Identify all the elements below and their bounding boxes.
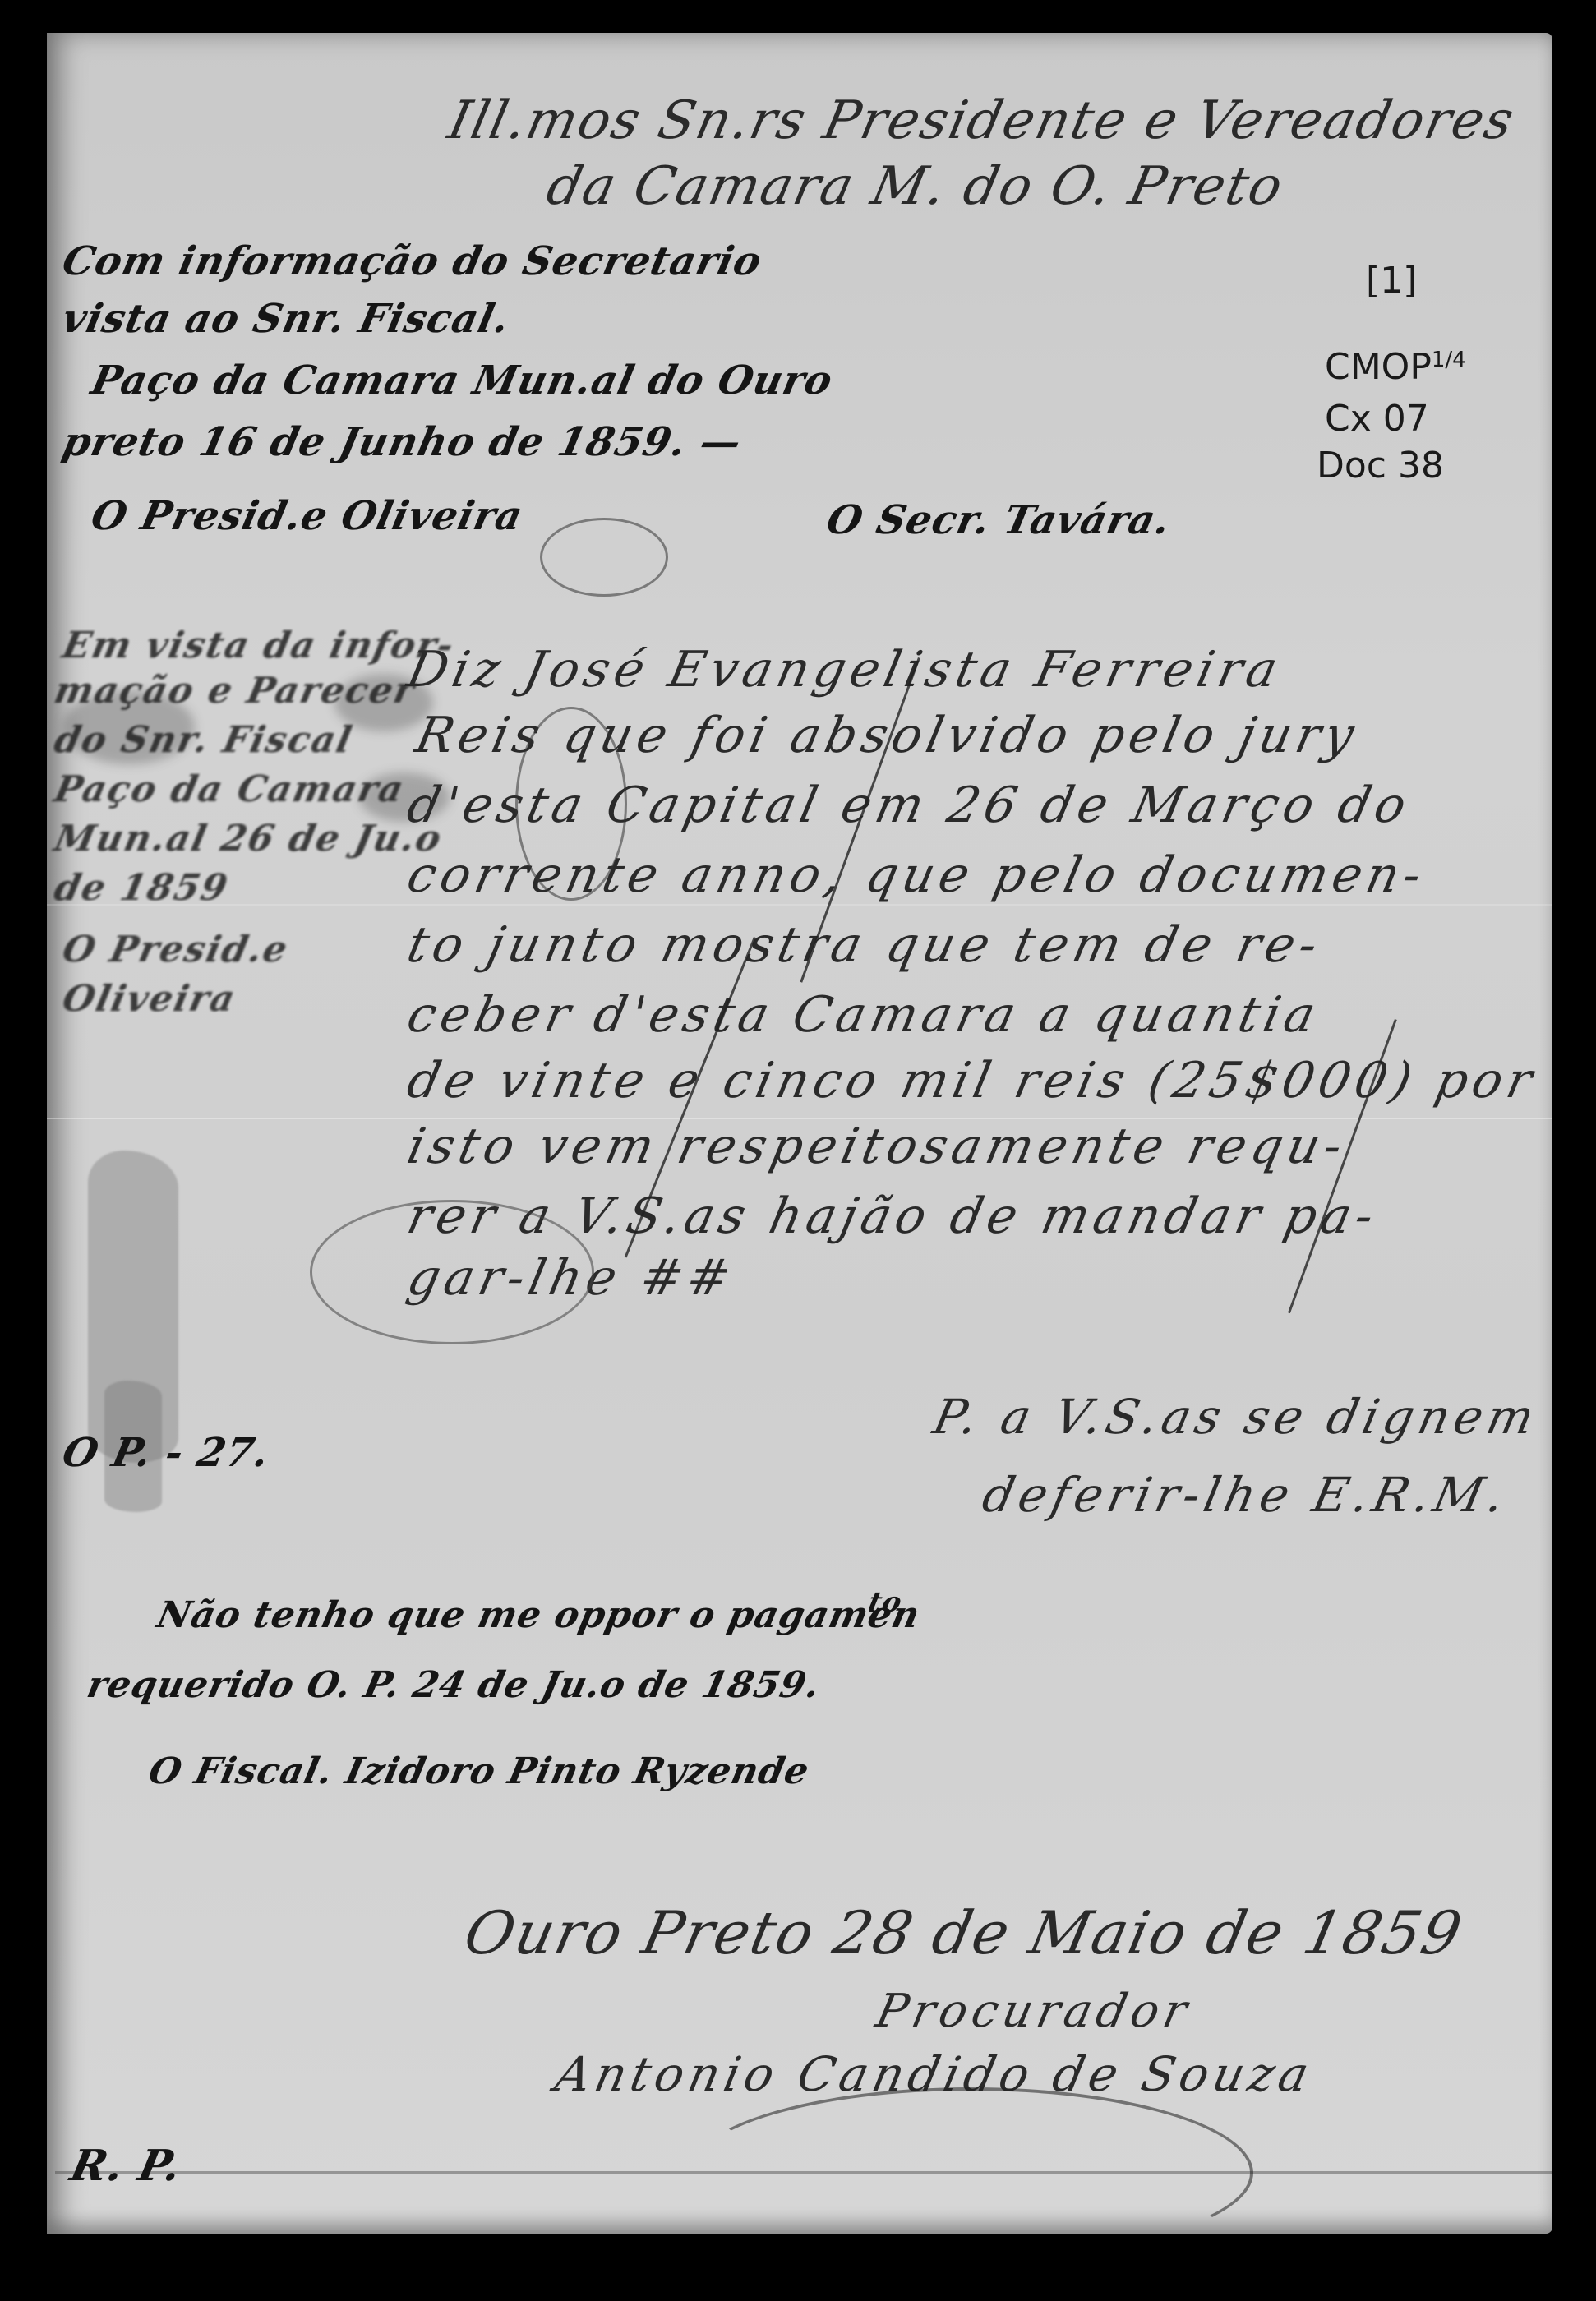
dispatch-line: Com informação do Secretario — [58, 238, 766, 284]
decision-line: mação e Parecer — [51, 670, 420, 712]
signature-flourish — [688, 2087, 1253, 2234]
dateline: Ouro Preto 28 de Maio de 1859 — [459, 1898, 1469, 1967]
archive-collection-code: CMOP — [1325, 346, 1432, 388]
decision-line: Paço da Camara — [51, 768, 409, 810]
archive-box: Cx 07 — [1325, 401, 1429, 437]
decision-line: Em vista da infor- — [59, 625, 459, 666]
side-note: O P. - 27. — [58, 1430, 274, 1476]
header-salutation: Ill.mos Sn.rs Presidente e Vereadores — [443, 90, 1520, 151]
decision-line: de 1859 — [51, 867, 233, 909]
archive-collection: CMOP1/4 — [1325, 349, 1466, 385]
flourish-loop — [515, 707, 627, 901]
closing-formula: deferir-lhe E.R.M. — [978, 1467, 1515, 1523]
fiscal-signature: O Fiscal. Izidoro Pinto Ryzende — [145, 1750, 814, 1792]
fiscal-line: Não tenho que me oppor o pagamen — [154, 1594, 925, 1636]
decision-line: Mun.al 26 de Ju.o — [51, 818, 446, 860]
petition-line: to junto mostra que tem de re- — [403, 916, 1328, 974]
footer-initials: R. P. — [67, 2141, 187, 2191]
petition-line: ceber d'esta Camara a quantia — [403, 986, 1326, 1044]
decision-line: Oliveira — [59, 978, 241, 1020]
dispatch-line: vista ao Snr. Fiscal. — [58, 296, 514, 342]
manuscript-page: Ill.mos Sn.rs Presidente e Vereadores da… — [47, 33, 1552, 2234]
decision-line: do Snr. Fiscal — [51, 719, 357, 761]
flourish-loop — [310, 1200, 594, 1344]
fold-line — [47, 904, 1552, 906]
fiscal-line: requerido O. P. 24 de Ju.o de 1859. — [84, 1664, 824, 1706]
signatory-role: Procurador — [871, 1985, 1197, 2038]
decision-line: O Presid.e — [59, 929, 293, 971]
petition-line: isto vem respeitosamente requ- — [403, 1118, 1353, 1175]
archive-collection-fraction: 1/4 — [1432, 348, 1466, 372]
flourish-loop — [540, 518, 668, 597]
dispatch-signature-president: O Presid.e Oliveira — [87, 493, 527, 539]
dispatch-line: Paço da Camara Mun.al do Ouro — [87, 357, 837, 403]
petition-line: Diz José Evangelista Ferreira — [403, 641, 1288, 699]
archive-doc: Doc 38 — [1317, 448, 1444, 484]
dispatch-signature-secretary: O Secr. Tavára. — [823, 497, 1174, 543]
dispatch-line: preto 16 de Junho de 1859. — — [58, 419, 745, 465]
archive-page-number: [1] — [1366, 263, 1417, 299]
header-addressee: da Camara M. do O. Preto — [542, 156, 1289, 217]
closing-request: P. a V.S.as se dignem — [929, 1389, 1544, 1445]
